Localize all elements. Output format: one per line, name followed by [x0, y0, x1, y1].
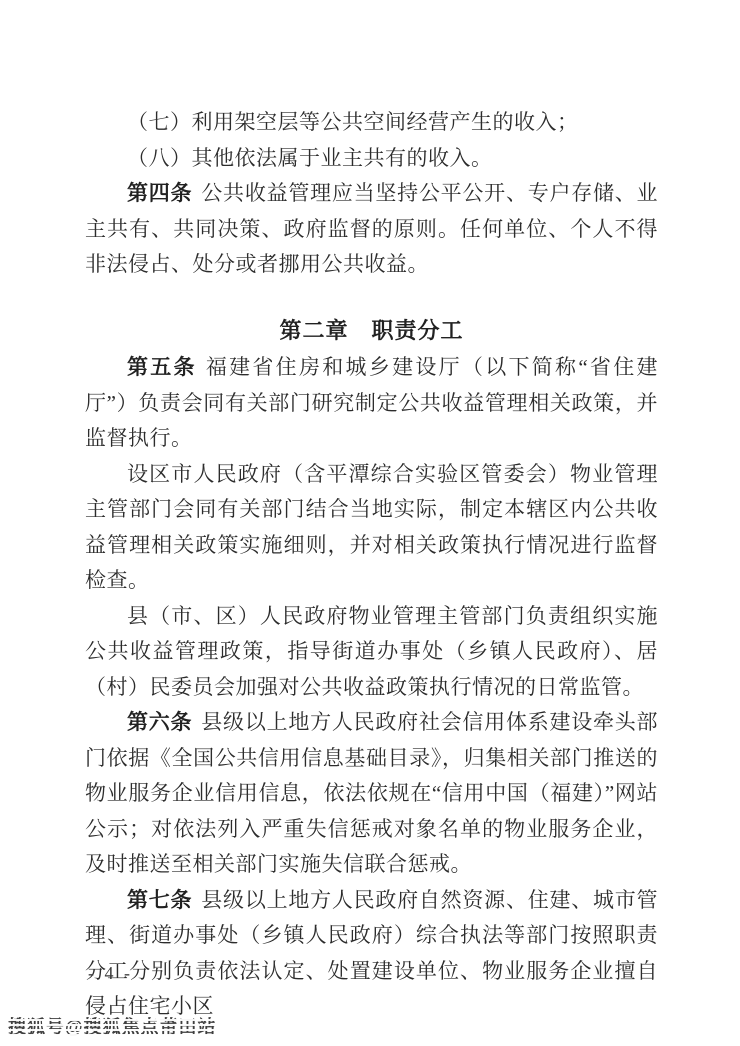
paragraph-text: 县级以上地方人民政府社会信用体系建设牵头部门依据《全国公共信用信息基础目录》，归… — [85, 710, 658, 876]
paragraph-text: 设区市人民政府（含平潭综合实验区管委会）物业管理主管部门会同有关部门结合当地实际… — [85, 462, 658, 593]
watermark: 搜狐号@搜狐焦点莆田站 — [8, 1016, 217, 1038]
paragraph-text: （七）利用架空层等公共空间经营产生的收入； — [127, 110, 579, 134]
paragraph-text: 县（市、区）人民政府物业管理主管部门负责组织实施公共收益管理政策，指导街道办事处… — [85, 604, 658, 699]
article-label: 第五条 — [127, 355, 197, 379]
paragraph: 第五条福建省住房和城乡建设厅（以下简称“省住建厅”）负责会同有关部门研究制定公共… — [85, 350, 658, 457]
watermark-text: 搜狐号@搜狐焦点莆田站 — [8, 1017, 217, 1037]
paragraph: （七）利用架空层等公共空间经营产生的收入； — [85, 105, 658, 141]
document-page: （七）利用架空层等公共空间经营产生的收入； （八）其他依法属于业主共有的收入。 … — [0, 0, 740, 1046]
paragraph: 县（市、区）人民政府物业管理主管部门负责组织实施公共收益管理政策，指导街道办事处… — [85, 599, 658, 706]
article-label: 第七条 — [127, 888, 192, 912]
paragraph: （八）其他依法属于业主共有的收入。 — [85, 141, 658, 177]
chapter-heading: 第二章 职责分工 — [85, 313, 658, 349]
paragraph: 第四条公共收益管理应当坚持公平公开、专户存储、业主共有、共同决策、政府监督的原则… — [85, 176, 658, 283]
paragraph: 第六条县级以上地方人民政府社会信用体系建设牵头部门依据《全国公共信用信息基础目录… — [85, 705, 658, 883]
page-number: - 4 - — [88, 963, 133, 984]
article-label: 第六条 — [127, 710, 192, 734]
article-label: 第四条 — [127, 181, 192, 205]
paragraph-text: （八）其他依法属于业主共有的收入。 — [127, 146, 493, 170]
document-body: （七）利用架空层等公共空间经营产生的收入； （八）其他依法属于业主共有的收入。 … — [85, 105, 658, 1025]
paragraph: 设区市人民政府（含平潭综合实验区管委会）物业管理主管部门会同有关部门结合当地实际… — [85, 457, 658, 599]
paragraph: 第七条县级以上地方人民政府自然资源、住建、城市管理、街道办事处（乡镇人民政府）综… — [85, 883, 658, 1025]
